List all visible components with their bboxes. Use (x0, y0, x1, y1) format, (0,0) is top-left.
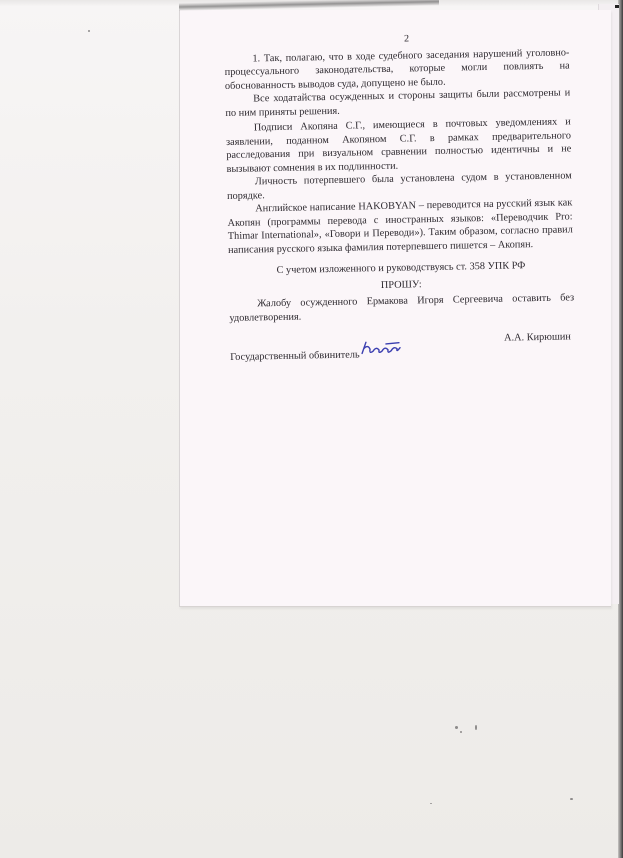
paragraph-transliteration: Английское написание HAKOBYAN – переводи… (227, 196, 573, 257)
paragraph-motions: Все ходатайства осужденных и стороны защ… (225, 86, 570, 120)
signatory-name: А.А. Кирюшин (504, 330, 571, 345)
request-text: Жалобу осужденного Ермакова Игоря Сергее… (229, 291, 574, 325)
page-content: 2 1. Так, полагаю, что в ходе судебного … (224, 29, 575, 369)
dust-speck (570, 798, 573, 800)
dust-speck (455, 726, 458, 729)
dust-speck (88, 30, 90, 32)
paragraph-signatures: Подписи Акопяна С.Г., имеющиеся в почтов… (226, 115, 572, 176)
edge-mark (615, 5, 619, 8)
dust-speck (475, 725, 477, 730)
document-page: 2 1. Так, полагаю, что в ходе судебного … (179, 10, 611, 607)
signatory-title: Государственный обвинитель (230, 348, 360, 364)
paragraph-procedural: 1. Так, полагаю, что в ходе судебного за… (224, 46, 570, 93)
dust-speck (430, 803, 432, 804)
dust-speck (460, 731, 462, 733)
signature-block: Государственный обвинитель А.А. Кирюшин (230, 326, 576, 369)
handwritten-signature-icon (360, 340, 402, 361)
